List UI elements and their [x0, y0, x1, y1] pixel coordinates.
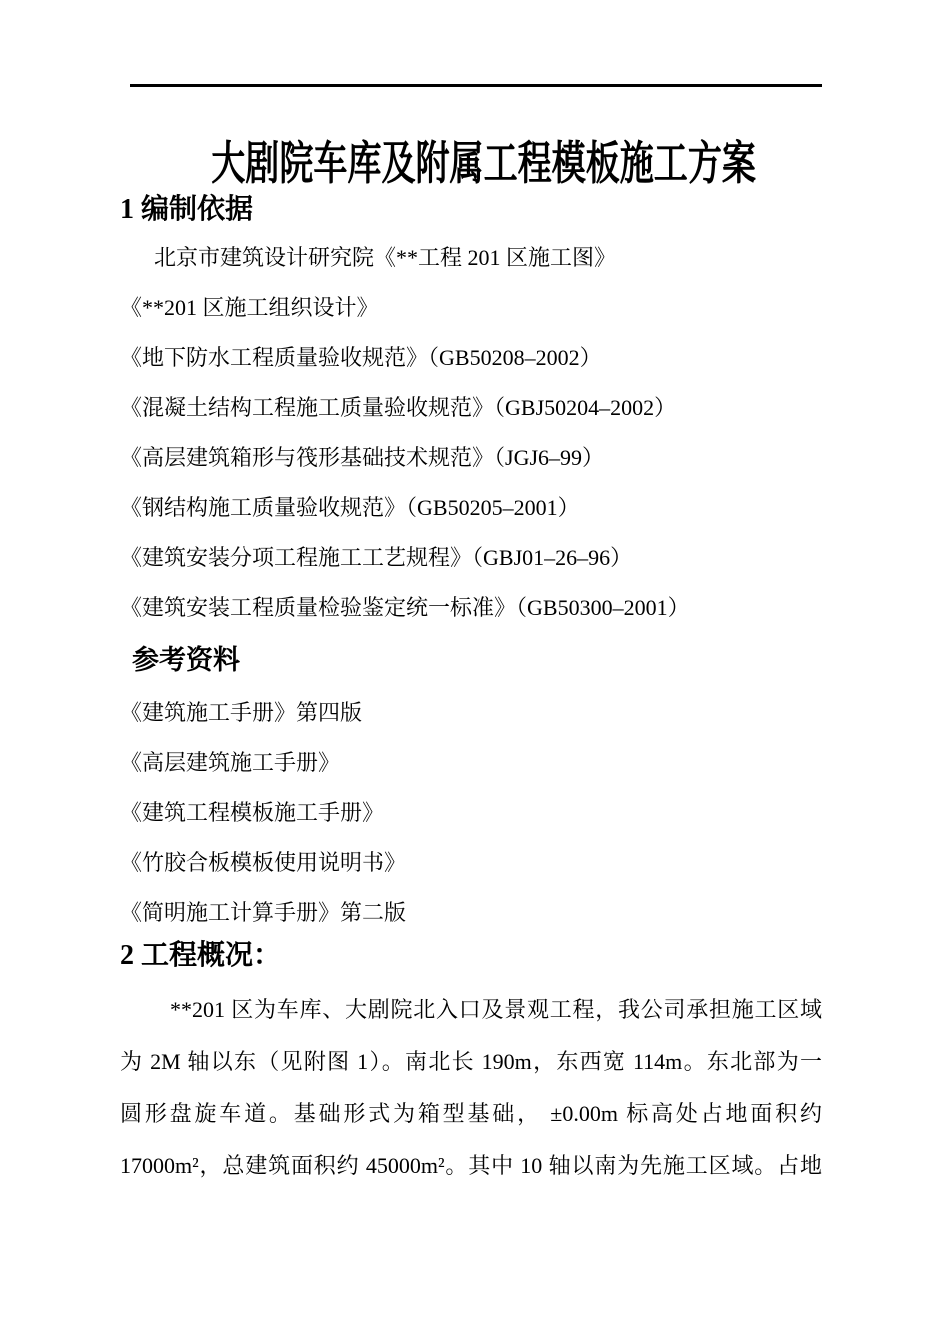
document-page[interactable]: 大剧院车库及附属工程模板施工方案 1 编制依据 北京市建筑设计研究院《**工程 …	[0, 0, 950, 1344]
reference-list: 北京市建筑设计研究院《**工程 201 区施工图》 《**201 区施工组织设计…	[120, 233, 822, 633]
overview-paragraph: **201 区为车库、大剧院北入口及景观工程，我公司承担施工区域 为 2M 轴以…	[120, 984, 822, 1192]
reference-item: 《建筑安装分项工程施工工艺规程》（GBJ01–26–96）	[120, 533, 822, 583]
section2-heading: 2 工程概况：	[120, 939, 281, 973]
header-rule	[130, 84, 822, 87]
reference-item: 《混凝土结构工程施工质量验收规范》（GBJ50204–2002）	[120, 383, 822, 433]
resource-item: 《建筑工程模板施工手册》	[120, 788, 822, 838]
document-title: 大剧院车库及附属工程模板施工方案	[211, 138, 730, 190]
section1-heading: 1 编制依据	[120, 193, 253, 227]
resource-item: 《简明施工计算手册》第二版	[120, 888, 822, 938]
paragraph-line: 圆形盘旋车道。基础形式为箱型基础， ±0.00m 标高处占地面积约	[120, 1088, 822, 1140]
reference-item: 《高层建筑箱形与筏形基础技术规范》（JGJ6–99）	[120, 433, 822, 483]
paragraph-line: 17000m²，总建筑面积约 45000m²。其中 10 轴以南为先施工区域。占…	[120, 1140, 822, 1192]
reference-item: 北京市建筑设计研究院《**工程 201 区施工图》	[120, 233, 822, 283]
resource-item: 《高层建筑施工手册》	[120, 738, 822, 788]
resource-item: 《竹胶合板模板使用说明书》	[120, 838, 822, 888]
paragraph-line: **201 区为车库、大剧院北入口及景观工程，我公司承担施工区域	[120, 984, 822, 1036]
resource-list: 《建筑施工手册》第四版 《高层建筑施工手册》 《建筑工程模板施工手册》 《竹胶合…	[120, 688, 822, 938]
paragraph-line: 为 2M 轴以东（见附图 1）。南北长 190m，东西宽 114m。东北部为一	[120, 1036, 822, 1088]
reference-item: 《**201 区施工组织设计》	[120, 283, 822, 333]
references-subheading: 参考资料	[132, 642, 240, 678]
reference-item: 《钢结构施工质量验收规范》（GB50205–2001）	[120, 483, 822, 533]
resource-item: 《建筑施工手册》第四版	[120, 688, 822, 738]
reference-item: 《地下防水工程质量验收规范》（GB50208–2002）	[120, 333, 822, 383]
reference-item: 《建筑安装工程质量检验鉴定统一标准》（GB50300–2001）	[120, 583, 822, 633]
